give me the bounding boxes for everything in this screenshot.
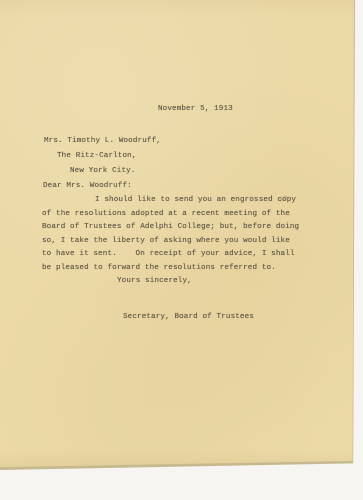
- body-line: I should like to send you an engrossed c…: [95, 196, 296, 205]
- letter-paper: November 5, 1913 Mrs. Timothy L. Woodruf…: [0, 0, 354, 468]
- letter-date: November 5, 1913: [158, 105, 233, 114]
- closing: Yours sincerely,: [117, 277, 192, 286]
- body-line: to have it sent. On receipt of your advi…: [42, 250, 295, 259]
- signature-line: Secretary, Board of Trustees: [123, 313, 254, 322]
- recipient-address-line-1: The Ritz-Carlton,: [57, 152, 137, 161]
- body-line: so, I take the liberty of asking where y…: [42, 237, 290, 246]
- salutation: Dear Mrs. Woodruff:: [43, 182, 132, 191]
- recipient-address-line-2: New York City.: [70, 167, 135, 176]
- scanned-letter: November 5, 1913 Mrs. Timothy L. Woodruf…: [0, 0, 363, 500]
- body-line: be pleased to forward the resolutions re…: [42, 264, 276, 273]
- body-line: Board of Trustees of Adelphi College; bu…: [42, 223, 299, 232]
- recipient-name: Mrs. Timothy L. Woodruff,: [44, 137, 161, 146]
- body-line: of the resolutions adopted at a recent m…: [42, 210, 290, 219]
